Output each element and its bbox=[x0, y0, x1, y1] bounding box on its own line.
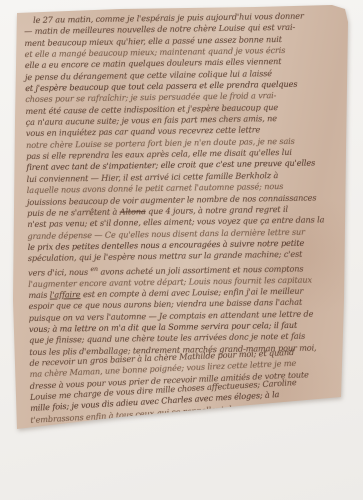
letter-paper: je pars aussi … vous … dans … Maman … qu… bbox=[0, 0, 363, 500]
struck-word: Altona bbox=[120, 206, 146, 216]
line-text: vers d'ici, nous bbox=[28, 266, 91, 277]
paper-sheet: je pars aussi … vous … dans … Maman … qu… bbox=[0, 0, 363, 500]
underlined-word: l'affaire bbox=[50, 289, 81, 299]
scan-background: je pars aussi … vous … dans … Maman … qu… bbox=[0, 0, 363, 500]
line-text: que 4 jours, à notre grand regret il bbox=[146, 204, 288, 216]
line-text: puis de ne s'arrêtent à bbox=[27, 206, 120, 217]
margin-note: je pars aussi … vous … dans … Maman … qu… bbox=[2, 26, 10, 298]
inserted-word: en bbox=[90, 265, 98, 272]
line-text: mais bbox=[28, 290, 49, 300]
letter-body: le 27 au matin, comme je l'espérais je p… bbox=[24, 10, 352, 426]
signature-flourish bbox=[292, 411, 335, 425]
